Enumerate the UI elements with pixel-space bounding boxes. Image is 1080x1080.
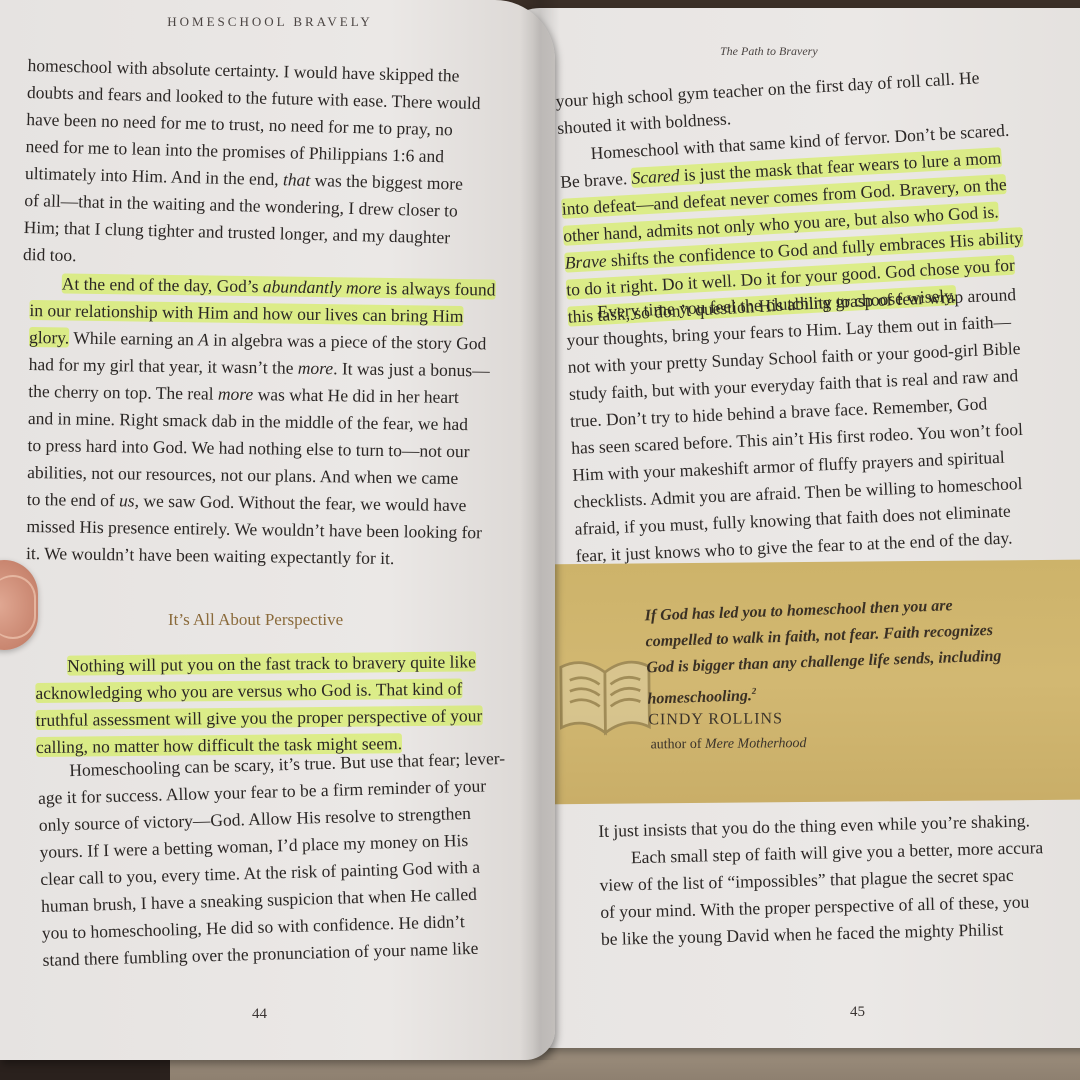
callout-quote: If God has led you to homeschool then yo… xyxy=(644,592,1003,713)
page-number-left: 44 xyxy=(252,1006,267,1023)
page-number-right: 45 xyxy=(850,1004,865,1021)
left-paragraph-3: Nothing will put you on the fast track t… xyxy=(35,648,483,761)
right-paragraph-4: It just insists that you do the thing ev… xyxy=(598,807,1046,953)
section-heading: It’s All About Perspective xyxy=(168,610,343,630)
thumbnail xyxy=(0,575,36,639)
running-head-left: HOMESCHOOL BRAVELY xyxy=(0,14,540,30)
quote-author: CINDY ROLLINS xyxy=(648,710,783,729)
quote-source: author of Mere Motherhood xyxy=(650,736,806,753)
running-head-right: The Path to Bravery xyxy=(720,44,818,59)
left-paragraph-1: homeschool with absolute certainty. I wo… xyxy=(23,52,482,279)
footnote-marker: 2 xyxy=(752,686,757,696)
gutter-shadow xyxy=(520,0,560,1060)
quote-callout: If God has led you to homeschool then yo… xyxy=(529,560,1080,805)
right-paragraph-3: Every time you feel the clutching grasp … xyxy=(565,281,1029,570)
left-paragraph-4: Homeschooling can be scary, it’s true. B… xyxy=(37,745,511,974)
open-book-icon xyxy=(550,633,661,744)
left-paragraph-2: At the end of the day, God’s abundantly … xyxy=(26,270,496,573)
